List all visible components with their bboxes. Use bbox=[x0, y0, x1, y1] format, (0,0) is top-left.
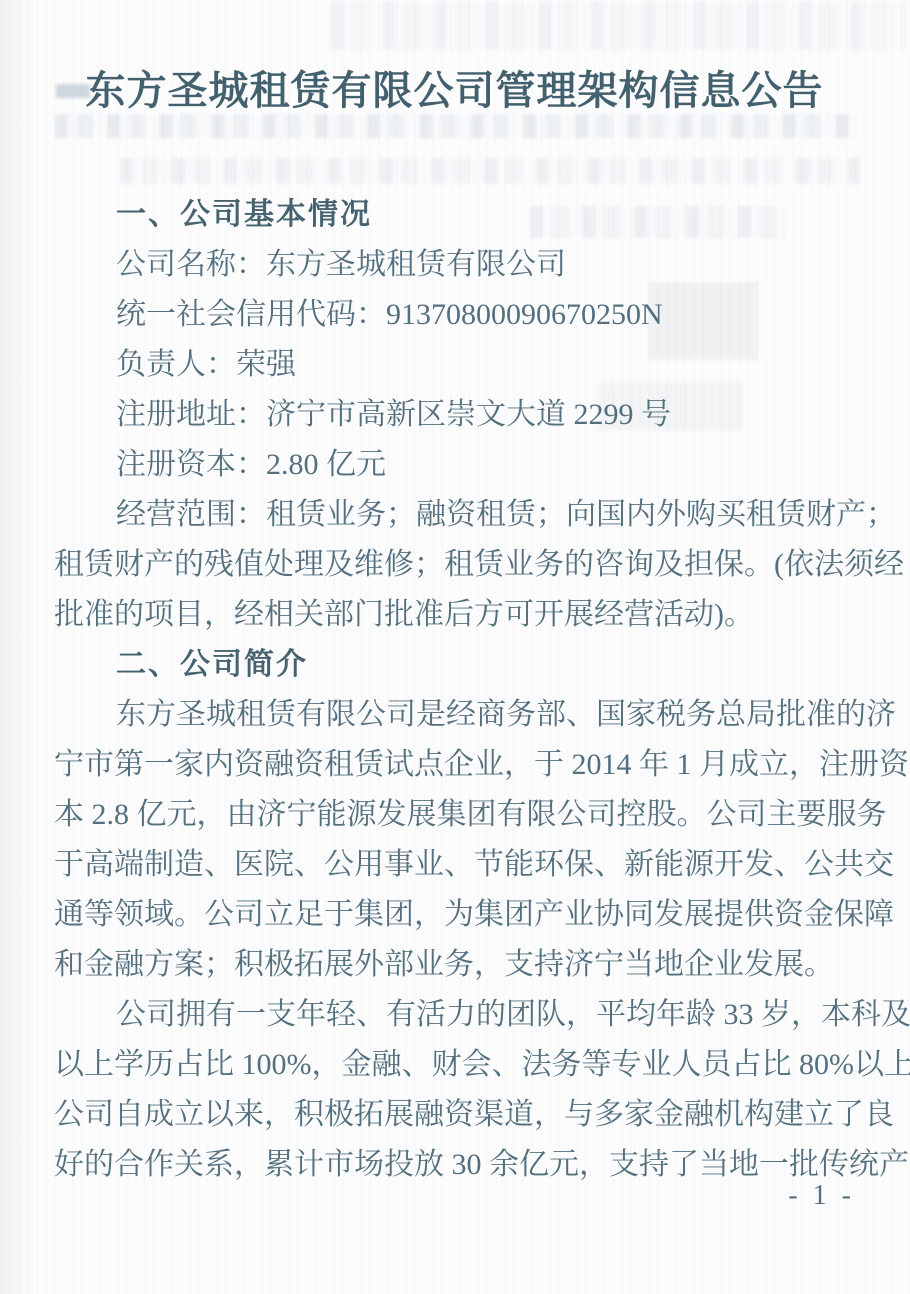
intro-line-4: 于高端制造、医院、公用事业、节能环保、新能源开发、公共交 bbox=[54, 840, 855, 890]
business-scope-line-1: 经营范围：租赁业务；融资租赁；向国内外购买租赁财产； bbox=[116, 490, 855, 540]
intro-line-8: 以上学历占比 100%，金融、财会、法务等专业人员占比 80%以上。 bbox=[54, 1040, 855, 1090]
section-2-heading: 二、公司简介 bbox=[116, 640, 855, 690]
intro-line-1: 东方圣城租赁有限公司是经商务部、国家税务总局批准的济 bbox=[116, 690, 855, 740]
document-title: 东方圣城租赁有限公司管理架构信息公告 bbox=[54, 64, 855, 118]
scanned-document-page: 东方圣城租赁有限公司管理架构信息公告 一、公司基本情况 公司名称：东方圣城租赁有… bbox=[0, 0, 910, 1294]
company-name-line: 公司名称：东方圣城租赁有限公司 bbox=[116, 240, 855, 290]
intro-line-3: 本 2.8 亿元，由济宁能源发展集团有限公司控股。公司主要服务 bbox=[54, 790, 855, 840]
intro-line-9: 公司自成立以来，积极拓展融资渠道，与多家金融机构建立了良 bbox=[54, 1090, 855, 1140]
intro-line-2: 宁市第一家内资融资租赁试点企业，于 2014 年 1 月成立，注册资 bbox=[54, 740, 855, 790]
document-body: 东方圣城租赁有限公司管理架构信息公告 一、公司基本情况 公司名称：东方圣城租赁有… bbox=[0, 0, 910, 1294]
intro-line-10: 好的合作关系，累计市场投放 30 余亿元，支持了当地一批传统产 bbox=[54, 1140, 855, 1190]
intro-line-5: 通等领域。公司立足于集团，为集团产业协同发展提供资金保障 bbox=[54, 890, 855, 940]
registered-address-line: 注册地址：济宁市高新区崇文大道 2299 号 bbox=[116, 390, 855, 440]
business-scope-line-3: 批准的项目，经相关部门批准后方可开展经营活动)。 bbox=[54, 590, 855, 640]
page-number: - 1 - bbox=[788, 1180, 855, 1212]
legal-person-line: 负责人：荣强 bbox=[116, 340, 855, 390]
title-spacer bbox=[54, 118, 855, 190]
section-1-heading: 一、公司基本情况 bbox=[116, 190, 855, 240]
business-scope-line-2: 租赁财产的残值处理及维修；租赁业务的咨询及担保。(依法须经 bbox=[54, 540, 855, 590]
intro-line-7: 公司拥有一支年轻、有活力的团队，平均年龄 33 岁，本科及 bbox=[116, 990, 855, 1040]
scan-edge-shade bbox=[0, 0, 36, 1294]
intro-line-6: 和金融方案；积极拓展外部业务，支持济宁当地企业发展。 bbox=[54, 940, 855, 990]
credit-code-line: 统一社会信用代码：91370800090670250N bbox=[116, 290, 855, 340]
registered-capital-line: 注册资本：2.80 亿元 bbox=[116, 440, 855, 490]
